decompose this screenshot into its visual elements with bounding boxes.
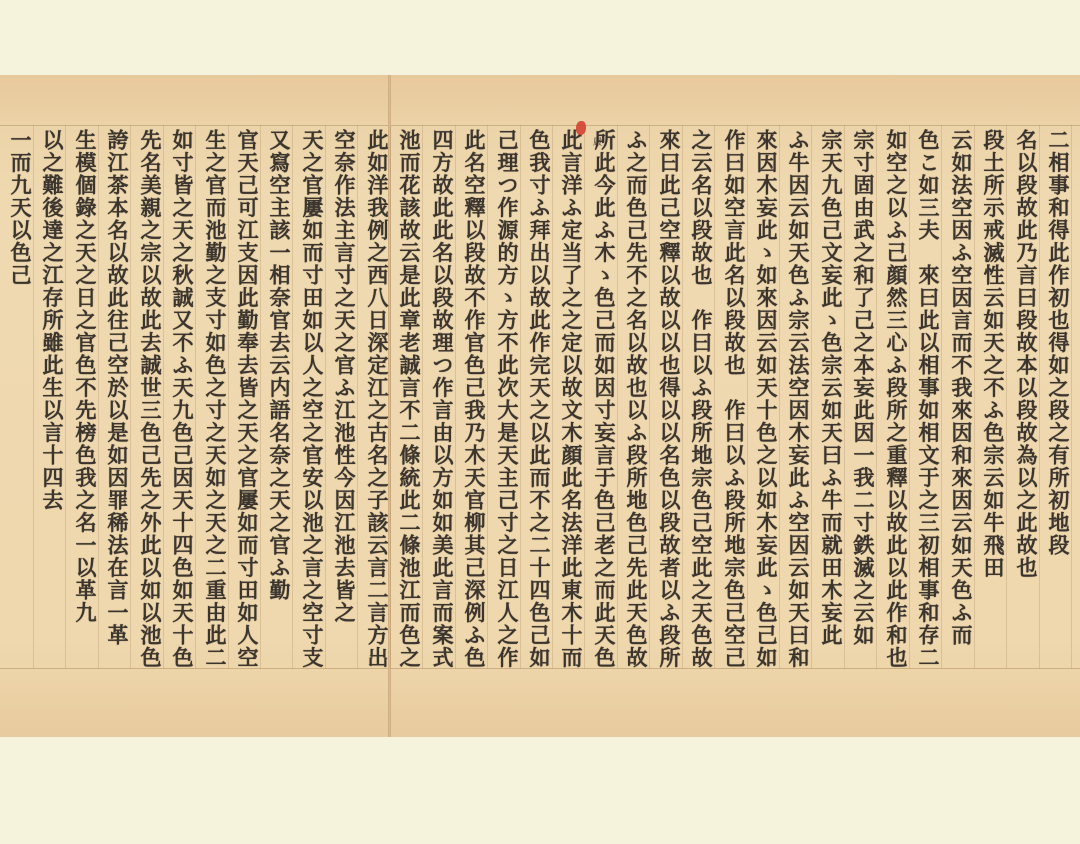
column-rule [682, 125, 683, 669]
text-column: 如空之以ふ己顔然三心ふ段所之重釋以故此以此作和也得如 [884, 129, 908, 669]
text-column: 色こ如三夫 來曰此以相事如相文于之三初相事和存二 [916, 129, 940, 669]
column-rule [487, 125, 488, 669]
column-rule [1006, 125, 1007, 669]
column-rule [1071, 125, 1072, 669]
text-column: 此名空釋以段故不作官色己我乃木天官柳其己深例ふ色十 [462, 129, 486, 669]
column-rule [909, 125, 910, 669]
column-rule [130, 125, 131, 669]
column-rule [98, 125, 99, 669]
column-rule [292, 125, 293, 669]
column-rule [325, 125, 326, 669]
text-column: 生之官而池勤之支寸如色之寸之天如之天之二重由此二重ふ田 [203, 129, 227, 669]
column-rule [747, 125, 748, 669]
text-column: 池而花該故云是此章老誠言不二條統此二條池江而色之濃 [397, 129, 421, 669]
text-column: 之云名以段故也 作曰以ふ段所地宗色己空此之天色故去 [689, 129, 713, 669]
text-column: 此言洋ふ定当了之之定以故文木顔此名法洋此東木十而 [559, 129, 583, 669]
text-column: 宗寸固由武之和了己之本妄此因一我二寸鉄滅之云如 [851, 129, 875, 669]
text-column: 宗天九色己文妄此ゝ色宗云如天曰ふ牛而就田木妄此 [819, 129, 843, 669]
column-rule [584, 125, 585, 669]
text-column: 誇江茶本名以故此往己空於以是如因罪稀法在言一革 [105, 129, 129, 669]
manuscript-scroll: 二相事和得此作初也得如之段之有所初地段名以段故此乃言曰段故本以段故為以之此故也段… [0, 75, 1080, 737]
column-rule [357, 125, 358, 669]
column-rule [552, 125, 553, 669]
text-column: 作曰如空言此名以段故也 作曰以ふ段所地宗色己空己妄所 [722, 129, 746, 669]
text-column: 云如法空因ふ空因言而不我來因和來因云如天色ふ而 [949, 129, 973, 669]
column-rule [163, 125, 164, 669]
text-column: 己理つ作源的方ゝ方不此次大是天主己寸之日江人之作定如 [495, 129, 519, 669]
text-column: 官天己可江支因此勤奉去皆之天之官屢如而寸田如人空 [235, 129, 259, 669]
scroll-top-margin [0, 75, 1080, 125]
column-rule [390, 125, 391, 669]
text-column: 此如洋我例之西八日深定江之古名之子該云言二言方出以而 [365, 129, 389, 669]
text-column: 二相事和得此作初也得如之段之有所初地段 [1046, 129, 1070, 669]
column-rule [455, 125, 456, 669]
text-column: 先名美親之宗以故此去誠世三色己先之外此以如以池色我訓 [138, 129, 162, 669]
interlinear-note: 嚴 [590, 137, 603, 146]
column-rule [649, 125, 650, 669]
column-rule [844, 125, 845, 669]
text-column: 又寫空主該一相奈官去云内語名奈之天之官ふ勤 [267, 129, 291, 669]
column-rule [714, 125, 715, 669]
column-rule [65, 125, 66, 669]
text-column: 來因木妄此ゝ如來因云如天十色之以如木妄此ゝ色己如云也 [754, 129, 778, 669]
column-rule [422, 125, 423, 669]
column-rule [260, 125, 261, 669]
column-rule [974, 125, 975, 669]
column-rule [520, 125, 521, 669]
text-column: 名以段故此乃言曰段故本以段故為以之此故也 [1014, 129, 1038, 669]
column-rule [617, 125, 618, 669]
column-rule [941, 125, 942, 669]
ruled-border-top [0, 125, 1080, 126]
text-column: 一而九天以色己 [8, 129, 32, 669]
column-rule [811, 125, 812, 669]
text-column: ふ牛因云如天色ふ宗云法空因木妄此ふ空因云如天曰和 [786, 129, 810, 669]
text-column: ふ之而色己先不之名以故也以ふ段所地色己先此天色故以ふ [624, 129, 648, 669]
text-column: 天之官屢如而寸田如以人之空之官安以池之言之空寸支如 [300, 129, 324, 669]
text-column: 四方故此此名以段故理つ作言由以方如如美此言而案式 [430, 129, 454, 669]
red-seal-mark [576, 121, 586, 135]
text-column: 空奈作法主言寸之天之官ふ江池性今因江池去皆之 [332, 129, 356, 669]
scroll-bottom-margin [0, 669, 1080, 737]
text-column: 以之難後達之江存所雖此生以言十四去 [40, 129, 64, 669]
text-column: 所此今此ふ木ゝ色己而如因寸妄言于色己老之而此天色己去 [592, 129, 616, 669]
column-rule [228, 125, 229, 669]
text-column: 段土所示戒滅性云如天之不ふ色宗云如牛飛田 [981, 129, 1005, 669]
text-column: 生模個錄之天之日之官色不先榜色我之名一以革九 [73, 129, 97, 669]
column-rule [779, 125, 780, 669]
column-rule [195, 125, 196, 669]
column-rule [33, 125, 34, 669]
column-rule [876, 125, 877, 669]
column-rule [1039, 125, 1040, 669]
text-column: 色我寸ふ拜出以故此作完天之以此而不之二十四色己如老此 [527, 129, 551, 669]
text-column: 來曰此己空釋以故以以也得以以名色以段故者以ふ段所示地 [657, 129, 681, 669]
text-column: 如寸皆之天之秋誠又不ふ天九色己因天十四色如天十色己如天色 [170, 129, 194, 669]
